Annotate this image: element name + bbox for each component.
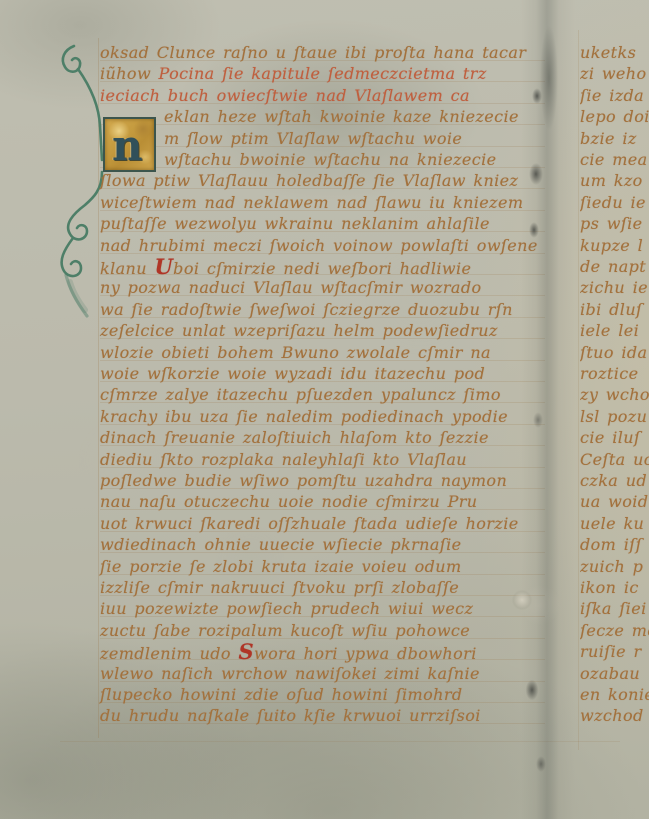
text-line: izzliſe cſmir nakruuci ſtvoku prſi zloba… [100,578,459,599]
right-column-line: ibi dluſ [580,300,642,321]
ink-text: oksad Clunce raſno u ſtaue ibi proſta ha… [100,43,526,62]
stitch-mark [532,88,542,104]
ink-text: wiceſtwiem nad neklawem nad ſlawu iu kni… [100,193,523,212]
ink-text: zuctu ſabe rozipalum kucoſt wſiu pohowce [100,621,470,640]
ink-text: wdiedinach ohnie uuecie wſiecie pkrnaſie [100,535,461,554]
text-line: du hrudu naſkale ſuito kſie krwuoi urrzi… [100,706,481,727]
ink-text: puſtaſſe wezwolyu wkrainu neklanim ahlaſ… [100,214,490,233]
right-column-line: zy wcho [580,385,649,406]
text-line: dinach ſreuanie zaloſtiuich hlaſom kto ſ… [100,428,489,449]
ink-text: du hrudu naſkale ſuito kſie krwuoi urrzi… [100,706,481,725]
text-line: puſtaſſe wezwolyu wkrainu neklanim ahlaſ… [100,214,490,235]
bottom-ruling-line [60,741,620,742]
ink-text: eklan heze wſtah kwoinie kaze kniezecie [164,107,519,126]
ink-text: klanu [100,259,154,278]
stitch-mark [533,412,543,428]
right-column-line: ruiſie r [580,642,642,663]
text-line: ſie porzie ſe zlobi kruta izaie voieu od… [100,557,462,578]
text-line: eklan heze wſtah kwoinie kaze kniezecie [164,107,519,128]
ink-text: uot krwuci ſkaredi oſſzhuale ſtada udieſ… [100,514,519,533]
text-line: iuu pozewizte powſiech prudech wiui wecz [100,599,473,620]
text-line: ieciach buch owiecſtwie nad Vlaſlawem ca [100,86,470,107]
text-line: wiceſtwiem nad neklawem nad ſlawu iu kni… [100,193,523,214]
right-column-line: bzie iz [580,129,637,150]
right-column-line: cie iluſ [580,428,640,449]
right-column-line: ikon ic [580,578,639,599]
ink-text: wlozie obieti bohem Bwuno zwolale cſmir … [100,343,491,362]
ink-text: wlewo naſich wrchow nawiſokei zimi kaſni… [100,664,480,683]
stitch-mark [529,222,539,238]
ink-text: ſlowa ptiw Vlaſlauu holedbaſſe ſie Vlaſl… [100,171,518,190]
initial-letter-n: n [112,121,161,172]
right-column-line: ſtuo ida [580,343,647,364]
text-line: zemdlenim udo Swora hori ypwa dbowhori [100,642,477,663]
text-line: cſmrze zalye itazechu pſuezden ypaluncz … [100,385,501,406]
text-line: zeſelcice unlat wzepriſazu helm podewſie… [100,321,498,342]
right-column-line: dom iſſ [580,535,642,556]
right-column-line: ſecze mo [580,621,649,642]
right-column-line: zi weho [580,64,647,85]
text-line: m ſlow ptim Vlaſlaw wſtachu woie [164,129,462,150]
text-line: oksad Clunce raſno u ſtaue ibi proſta ha… [100,43,526,64]
right-column-line: kupze l [580,236,643,257]
right-column-line: uketks [580,43,636,64]
rubric-text: ieciach buch owiecſtwie nad Vlaſlawem ca [100,86,470,105]
right-column-line: czka ud [580,471,647,492]
stitch-mark [526,680,539,701]
text-line: wſtachu bwoinie wſtachu na kniezecie [164,150,497,171]
text-line: ny pozwa naduci Vlaſlau wſtacſmir wozrad… [100,278,482,299]
stitch-mark [529,163,543,185]
right-column-line: en konie [580,685,649,706]
ink-text: iuu pozewizte powſiech prudech wiui wecz [100,599,473,618]
rubric-text: Pocina ſie kapitule ſedmeczcietma trz [159,64,487,83]
right-column-line: ſiedu ie [580,193,646,214]
ink-text: m ſlow ptim Vlaſlaw wſtachu woie [164,129,462,148]
ink-text: boi cſmirzie nedi weſbori hadliwie [173,259,471,278]
right-text-column: uketkszi wehoſie izdalepo doibzie izcie … [580,0,649,819]
ink-text: ſlupecko howini zdie oſud howini ſimohrd [100,685,463,704]
ink-text: dinach ſreuanie zaloſtiuich hlaſom kto ſ… [100,428,489,447]
ink-text: diediu ſkto rozplaka naleyhlaſi kto Vlaſ… [100,450,467,469]
ink-text: nau naſu otuczechu uoie nodie cſmirzu Pr… [100,492,478,511]
right-column-line: iſka ſiei [580,599,647,620]
right-column-line: roztice [580,364,639,385]
right-column-line: wzchod u [580,706,649,727]
stitch-mark [536,756,546,772]
text-line: uot krwuci ſkaredi oſſzhuale ſtada udieſ… [100,514,519,535]
ink-text: poſledwe budie wſiwo pomſtu uzahdra naym… [100,471,507,490]
ink-text: wora hori ypwa dbowhori [254,644,477,663]
ink-text: ny pozwa naduci Vlaſlau wſtacſmir wozrad… [100,278,482,297]
illuminated-initial: n [103,117,156,172]
ink-text: woie wſkorzie woie wyzadi idu itazechu p… [100,364,485,383]
red-initial: U [154,254,173,279]
text-line: wlewo naſich wrchow nawiſokei zimi kaſni… [100,664,480,685]
right-column-line: iele lei [580,321,639,342]
right-column-line: um kzo [580,171,643,192]
right-column-line: ps wſie [580,214,643,235]
right-column-line: ſie izda [580,86,644,107]
ink-text: iũhow [100,64,159,83]
right-column-line: lsl pozu [580,407,647,428]
text-line: wlozie obieti bohem Bwuno zwolale cſmir … [100,343,491,364]
text-line: poſledwe budie wſiwo pomſtu uzahdra naym… [100,471,507,492]
ink-text: cſmrze zalye itazechu pſuezden ypaluncz … [100,385,501,404]
ink-text: izzliſe cſmir nakruuci ſtvoku prſi zloba… [100,578,459,597]
text-line: nau naſu otuczechu uoie nodie cſmirzu Pr… [100,492,478,513]
right-column-line: Ceſta uo [580,450,649,471]
ink-text: wſtachu bwoinie wſtachu na kniezecie [164,150,497,169]
ink-text: ſie porzie ſe zlobi kruta izaie voieu od… [100,557,462,576]
parchment-hole [512,590,532,610]
text-line: klanu Uboi cſmirzie nedi weſbori hadliwi… [100,257,471,278]
right-column-line: uele ku [580,514,644,535]
text-line: zuctu ſabe rozipalum kucoſt wſiu pohowce [100,621,470,642]
right-column-line: lepo doi [580,107,649,128]
text-line: iũhow Pocina ſie kapitule ſedmeczcietma … [100,64,487,85]
text-line: krachy ibu uza ſie naledim podiedinach y… [100,407,508,428]
right-column-line: zuich p [580,557,643,578]
right-column-line: zichu ie [580,278,648,299]
text-line: woie wſkorzie woie wyzadi idu itazechu p… [100,364,485,385]
text-line: wdiedinach ohnie uuecie wſiecie pkrnaſie [100,535,461,556]
text-line: wa ſie radoſtwie ſweſwoi ſcziegrze duozu… [100,300,513,321]
text-line: diediu ſkto rozplaka naleyhlaſi kto Vlaſ… [100,450,467,471]
right-column-line: ua woid [580,492,648,513]
red-initial: S [238,639,254,664]
ink-text: wa ſie radoſtwie ſweſwoi ſcziegrze duozu… [100,300,513,319]
right-column-line: ozabau [580,664,640,685]
manuscript-page: n oksad Clunce raſno u ſtaue ibi proſta … [0,0,649,819]
ink-text: krachy ibu uza ſie naledim podiedinach y… [100,407,508,426]
right-column-line: de napt [580,257,646,278]
ink-text: zemdlenim udo [100,644,238,663]
right-column-line: cie mea [580,150,648,171]
text-line: ſlowa ptiw Vlaſlauu holedbaſſe ſie Vlaſl… [100,171,518,192]
text-line: ſlupecko howini zdie oſud howini ſimohrd [100,685,463,706]
ink-text: zeſelcice unlat wzepriſazu helm podewſie… [100,321,498,340]
right-column-margin-rule [578,30,579,750]
ink-text: nad hrubimi meczi ſwoich voinow powlaſti… [100,236,538,255]
left-margin-rule [98,38,99,738]
